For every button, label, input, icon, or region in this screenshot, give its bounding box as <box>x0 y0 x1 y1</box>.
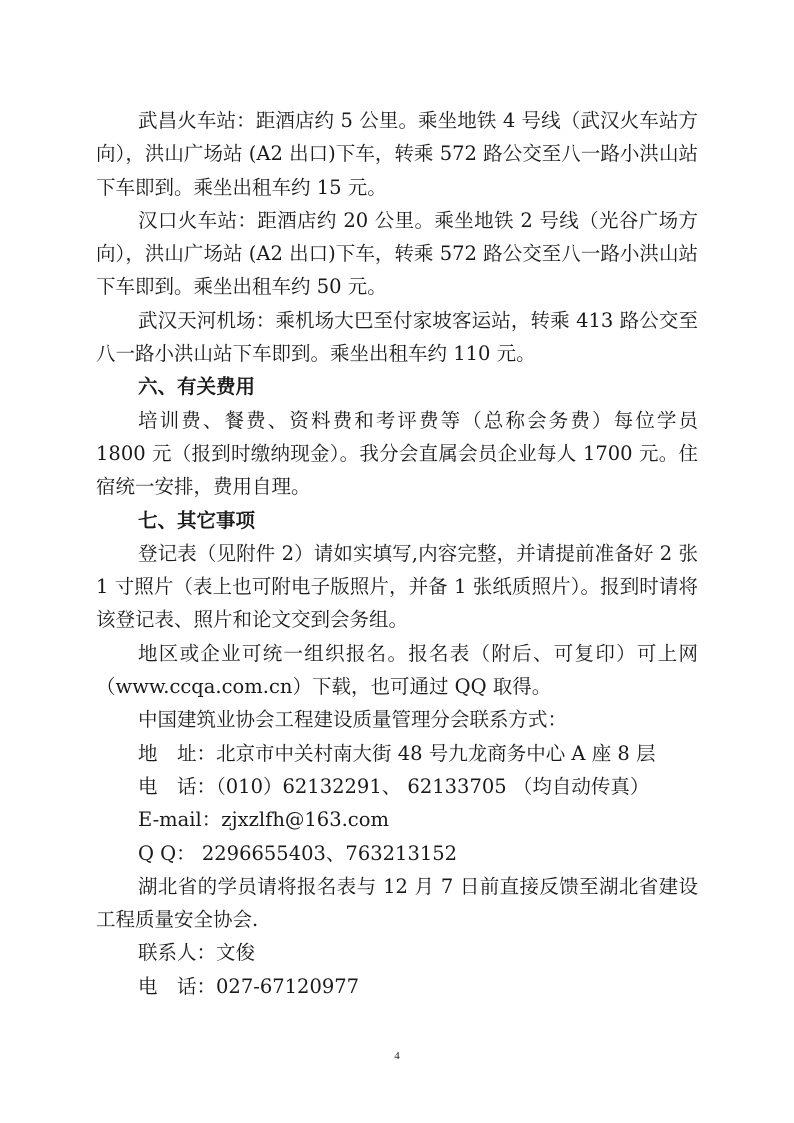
qq-value: 2296655403、763213152 <box>196 842 457 865</box>
transport-airport: 武汉天河机场：乘机场大巴至付家坡客运站，转乘 413 路公交至八一路小洪山站下车… <box>96 304 698 371</box>
qq-label: Q Q： <box>138 842 196 865</box>
page-number: 4 <box>0 1050 794 1062</box>
email-label: E-mail： <box>138 808 221 831</box>
group-registration-paragraph: 地区或企业可统一组织报名。报名表（附后、可复印）可上网（www.ccqa.com… <box>96 637 698 704</box>
hubei-phone-label: 电 话： <box>138 975 216 998</box>
registration-form-paragraph: 登记表（见附件 2）请如实填写,内容完整，并请提前准备好 2 张 1 寸照片（表… <box>96 537 698 637</box>
address-row: 地 址：北京市中关村南大街 48 号九龙商务中心 A 座 8 层 <box>96 737 698 770</box>
transport-wuchang: 武昌火车站：距酒店约 5 公里。乘坐地铁 4 号线（武汉火车站方向），洪山广场站… <box>96 104 698 204</box>
hubei-phone-value: 027-67120977 <box>216 975 359 998</box>
phone-value: （010）62132291、 62133705 （均自动传真） <box>216 775 649 798</box>
document-page: 武昌火车站：距酒店约 5 公里。乘坐地铁 4 号线（武汉火车站方向），洪山广场站… <box>96 104 698 1003</box>
email-row: E-mail：zjxzlfh@163.com <box>96 803 698 836</box>
hubei-contact-row: 联系人：文俊 <box>96 936 698 969</box>
email-value: zjxzlfh@163.com <box>221 808 389 831</box>
section-heading-fees: 六、有关费用 <box>96 370 698 403</box>
phone-label: 电 话： <box>138 775 216 798</box>
qq-row: Q Q： 2296655403、763213152 <box>96 837 698 870</box>
transport-hankou: 汉口火车站：距酒店约 20 公里。乘坐地铁 2 号线（光谷广场方向），洪山广场站… <box>96 204 698 304</box>
address-label: 地 址： <box>138 742 216 765</box>
contact-intro: 中国建筑业协会工程建设质量管理分会联系方式： <box>96 703 698 736</box>
fees-paragraph: 培训费、餐费、资料费和考评费等（总称会务费）每位学员 1800 元（报到时缴纳现… <box>96 404 698 504</box>
hubei-phone-row: 电 话：027-67120977 <box>96 970 698 1003</box>
hubei-contact-label: 联系人： <box>138 941 216 964</box>
hubei-contact-value: 文俊 <box>216 941 255 964</box>
section-heading-other: 七、其它事项 <box>96 504 698 537</box>
phone-row: 电 话：（010）62132291、 62133705 （均自动传真） <box>96 770 698 803</box>
hubei-note: 湖北省的学员请将报名表与 12 月 7 日前直接反馈至湖北省建设工程质量安全协会… <box>96 870 698 937</box>
address-value: 北京市中关村南大街 48 号九龙商务中心 A 座 8 层 <box>216 742 656 765</box>
